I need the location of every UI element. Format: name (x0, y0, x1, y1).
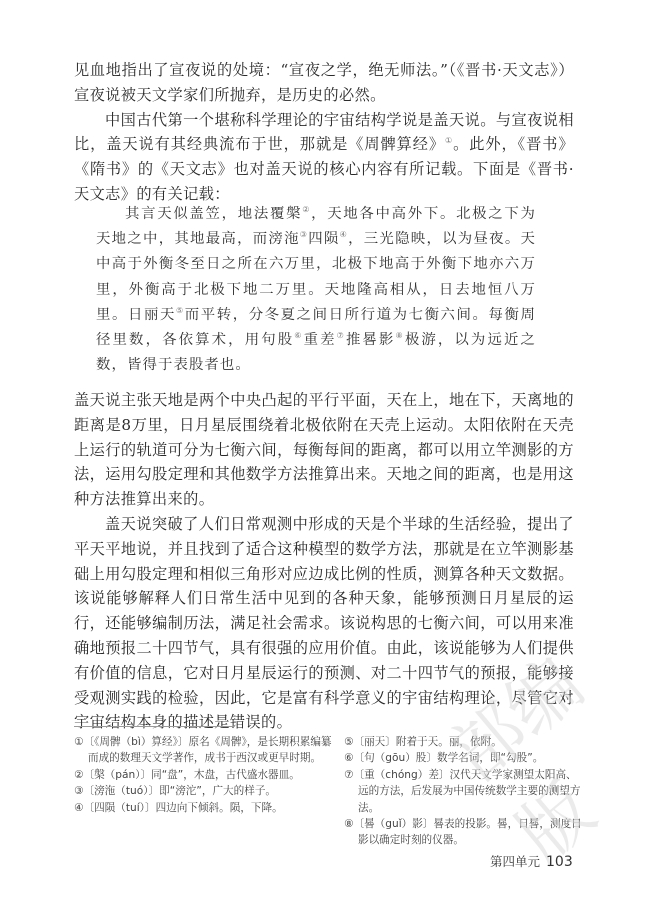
footnote-ref-3[interactable]: ③ (300, 230, 308, 239)
footnote-8: ⑧〔晷（guǐ）影〕晷表的投影。晷，日晷，测度日影以确定时刻的仪器。 (344, 816, 584, 849)
footnote-3: ③〔滂沲（tuó）〕即“滂沱”，广大的样子。 (74, 783, 334, 799)
footnote-ref-7[interactable]: ⑦ (337, 331, 346, 340)
page-footer: 第四单元103 (490, 852, 573, 870)
footnotes-right-column: ⑤〔丽天〕附着于天。丽，依附。 ⑥〔句（gōu）股〕数学名词，即“勾股”。 ⑦〔… (344, 734, 584, 849)
unit-label: 第四单元 (490, 854, 540, 869)
paragraph-gaitian-model: 盖天说主张天地是两个中央凸起的平行平面，天在上，地在下，天离地的距离是8万里，日… (74, 388, 574, 512)
footnote-4: ④〔四陨（tuí）〕四边向下倾斜。陨，下降。 (74, 800, 334, 816)
footnote-2: ②〔槃（pán）〕同“盘”，木盘，古代盛水器皿。 (74, 767, 334, 783)
footnote-ref-8[interactable]: ⑧ (396, 331, 405, 340)
paragraph-gaitian-significance: 盖天说突破了人们日常观测中形成的天是个半球的生活经验，提出了平天平地说，并且找到… (74, 512, 574, 735)
footnote-1: ①〔《周髀（bì）算经》〕原名《周髀》，是长期积累编纂而成的数理天文学著作，成书… (74, 734, 334, 767)
footnote-ref-5[interactable]: ⑤ (176, 306, 185, 315)
paragraph-gaitian-intro: 中国古代第一个堪称科学理论的宇宙结构学说是盖天说。与宣夜说相比，盖天说有其经典流… (74, 108, 574, 207)
footnote-ref-2[interactable]: ② (302, 205, 311, 214)
footnote-ref-6[interactable]: ⑥ (294, 331, 303, 340)
paragraph-xuanye-conclusion: 见血地指出了宣夜说的处境：“宣夜之学，绝无师法。”（《晋书·天文志》）宣夜说被天… (74, 58, 574, 108)
page-number: 103 (546, 854, 573, 870)
intro-section: 见血地指出了宣夜说的处境：“宣夜之学，绝无师法。”（《晋书·天文志》）宣夜说被天… (74, 58, 574, 207)
footnote-ref-1[interactable]: ① (445, 136, 453, 145)
jinshu-quotation: 其言天似盖笠，地法覆槃②，天地各中高外下。北极之下为天地之中，其地最高，而滂沲③… (96, 202, 536, 378)
footnote-divider (74, 726, 234, 727)
footnote-7: ⑦〔重（chóng）差〕汉代天文学家测望太阳高、远的方法，后发展为中国传统数学主… (344, 767, 584, 816)
main-section: 盖天说主张天地是两个中央凸起的平行平面，天在上，地在下，天离地的距离是8万里，日… (74, 388, 574, 735)
footnote-ref-4[interactable]: ④ (340, 230, 348, 239)
textbook-page: 见血地指出了宣夜说的处境：“宣夜之学，绝无师法。”（《晋书·天文志》）宣夜说被天… (0, 0, 647, 916)
footnotes-left-column: ①〔《周髀（bì）算经》〕原名《周髀》，是长期积累编纂而成的数理天文学著作，成书… (74, 734, 334, 816)
footnote-6: ⑥〔句（gōu）股〕数学名词，即“勾股”。 (344, 750, 584, 766)
footnote-5: ⑤〔丽天〕附着于天。丽，依附。 (344, 734, 584, 750)
